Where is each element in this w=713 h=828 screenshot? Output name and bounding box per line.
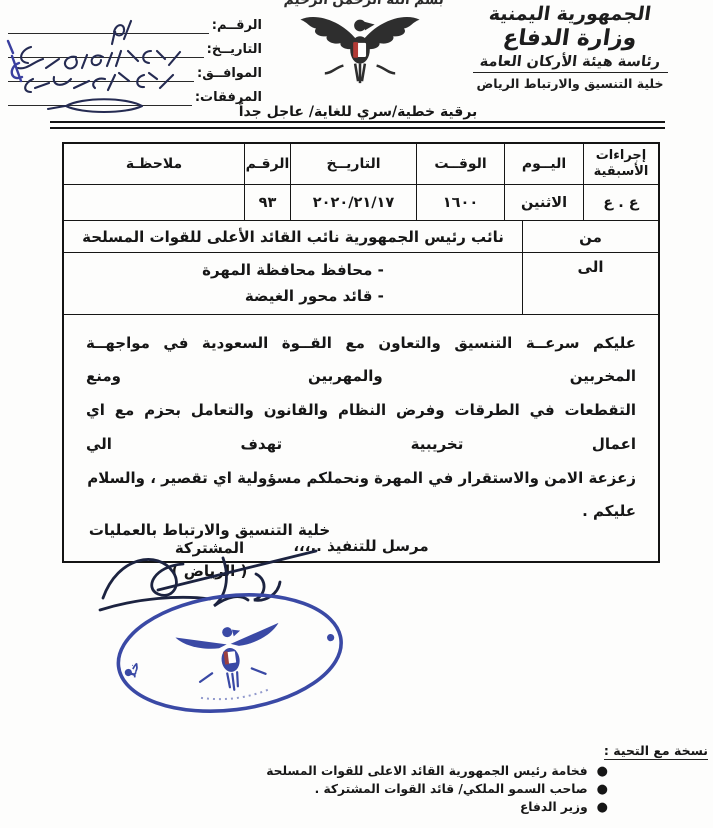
classification-line: برقية خطية/سري للغاية/ عاجل جداً bbox=[193, 101, 523, 120]
field-label-corresponding: الموافــق: bbox=[197, 66, 262, 82]
to-cell: - محافظ محافظة المهرة - قائد محور الغيضة bbox=[64, 253, 523, 314]
table-value-row: ع . ع الاثنين ١٦٠٠ ٢٠٢٠/٢١/١٧ ٩٣ bbox=[64, 184, 658, 220]
priority-table: إجراءات الأسبقية اليــوم الوقــت التاريـ… bbox=[62, 142, 660, 563]
yemen-emblem-icon bbox=[296, 5, 424, 93]
table-header-row: إجراءات الأسبقية اليــوم الوقــت التاريـ… bbox=[64, 144, 658, 184]
general-staff-title: رئاسة هيئة الأركان العامة bbox=[430, 54, 710, 70]
field-rule bbox=[8, 19, 209, 34]
to-label: الى bbox=[523, 253, 658, 314]
republic-title: الجمهورية اليمنية bbox=[429, 3, 710, 25]
cell-priority: ع . ع bbox=[584, 185, 658, 220]
col-header-day: اليــوم bbox=[505, 144, 584, 184]
coordination-cell-title: خلية التنسيق والارتباط الرياض bbox=[431, 76, 709, 91]
cc-item: ● وزير الدفاع bbox=[328, 800, 708, 814]
field-row-date: التاريــخ: bbox=[2, 34, 262, 58]
from-label: من bbox=[523, 221, 658, 252]
bullet-icon: ● bbox=[597, 765, 608, 778]
signature-unit-line: خلية التنسيق والارتباط بالعمليات المشترك… bbox=[52, 521, 367, 557]
reference-fields: الرقــم: التاريــخ: الموافــق: المرفقات: bbox=[2, 10, 262, 106]
signature-block: خلية التنسيق والارتباط بالعمليات المشترك… bbox=[52, 521, 367, 580]
ministry-letterhead: الجمهورية اليمنية وزارة الدفاع رئاسة هيئ… bbox=[431, 3, 709, 91]
to-list: - محافظ محافظة المهرة - قائد محور الغيضة bbox=[202, 257, 384, 310]
field-row-number: الرقــم: bbox=[2, 10, 262, 34]
bullet-icon: ● bbox=[597, 801, 608, 814]
to-item: - محافظ محافظة المهرة bbox=[202, 257, 384, 283]
document-page: بسم الله الرحمن الرحيم الجمهورية اليمنية… bbox=[0, 0, 713, 828]
cc-item: ● صاحب السمو الملكي/ قائد القوات المشترك… bbox=[328, 782, 708, 796]
field-label-date: التاريــخ: bbox=[207, 42, 262, 58]
col-header-time: الوقــت bbox=[417, 144, 505, 184]
cc-item: ● فخامة رئيس الجمهورية القائد الاعلى للق… bbox=[328, 764, 708, 778]
ministry-title: وزارة الدفاع bbox=[429, 26, 711, 51]
calligraphy-underline bbox=[473, 72, 668, 73]
col-header-note: ملاحظـة bbox=[64, 144, 245, 184]
stamp-text: خلية التنسيق والارتباط اليمني bbox=[101, 586, 146, 684]
cc-item-text: وزير الدفاع bbox=[520, 800, 588, 814]
body-line: زعزعة الامن والاستقرار في المهرة ونحملكم… bbox=[86, 462, 636, 530]
cell-time: ١٦٠٠ bbox=[417, 185, 505, 220]
cell-note bbox=[64, 185, 245, 220]
cc-item-text: صاحب السمو الملكي/ قائد القوات المشتركة … bbox=[315, 782, 588, 796]
field-rule bbox=[8, 91, 192, 106]
to-item: - قائد محور الغيضة bbox=[202, 283, 384, 309]
svg-text:خلية التنسيق والارتباط اليمني: خلية التنسيق والارتباط اليمني bbox=[101, 586, 146, 684]
double-rule-divider bbox=[50, 121, 665, 129]
to-row: الى - محافظ محافظة المهرة - قائد محور ال… bbox=[64, 252, 658, 314]
cc-title: نسخة مع التحية : bbox=[604, 743, 708, 760]
date-value: ٢٠٢٠/٢١/١٧ bbox=[313, 195, 394, 211]
col-header-number: الرقـم bbox=[245, 144, 291, 184]
body-line: عليكم سرعــة التنسيق والتعاون مع القــوة… bbox=[86, 327, 636, 395]
col-header-date: التاريــخ bbox=[291, 144, 417, 184]
stamp-eagle-icon bbox=[175, 621, 286, 696]
field-label-number: الرقــم: bbox=[212, 18, 262, 34]
field-row-corresponding: الموافــق: bbox=[2, 58, 262, 82]
field-rule bbox=[8, 43, 204, 58]
field-rule bbox=[8, 67, 194, 82]
from-row: من نائب رئيس الجمهورية نائب القائد الأعل… bbox=[64, 220, 658, 252]
bullet-icon: ● bbox=[597, 783, 608, 796]
body-line: التقطعات في الطرقات وفرض النظام والقانون… bbox=[86, 394, 636, 462]
col-header-priority: إجراءات الأسبقية bbox=[584, 144, 658, 184]
cc-item-text: فخامة رئيس الجمهورية القائد الاعلى للقوا… bbox=[266, 764, 587, 778]
cell-date: ٢٠٢٠/٢١/١٧ bbox=[291, 185, 417, 220]
cell-day: الاثنين bbox=[505, 185, 584, 220]
cell-number: ٩٣ bbox=[245, 185, 291, 220]
official-stamp: خلية التنسيق والارتباط اليمني bbox=[101, 572, 360, 739]
from-value: نائب رئيس الجمهورية نائب القائد الأعلى ل… bbox=[64, 221, 523, 252]
cc-block: نسخة مع التحية : ● فخامة رئيس الجمهورية … bbox=[328, 740, 708, 814]
